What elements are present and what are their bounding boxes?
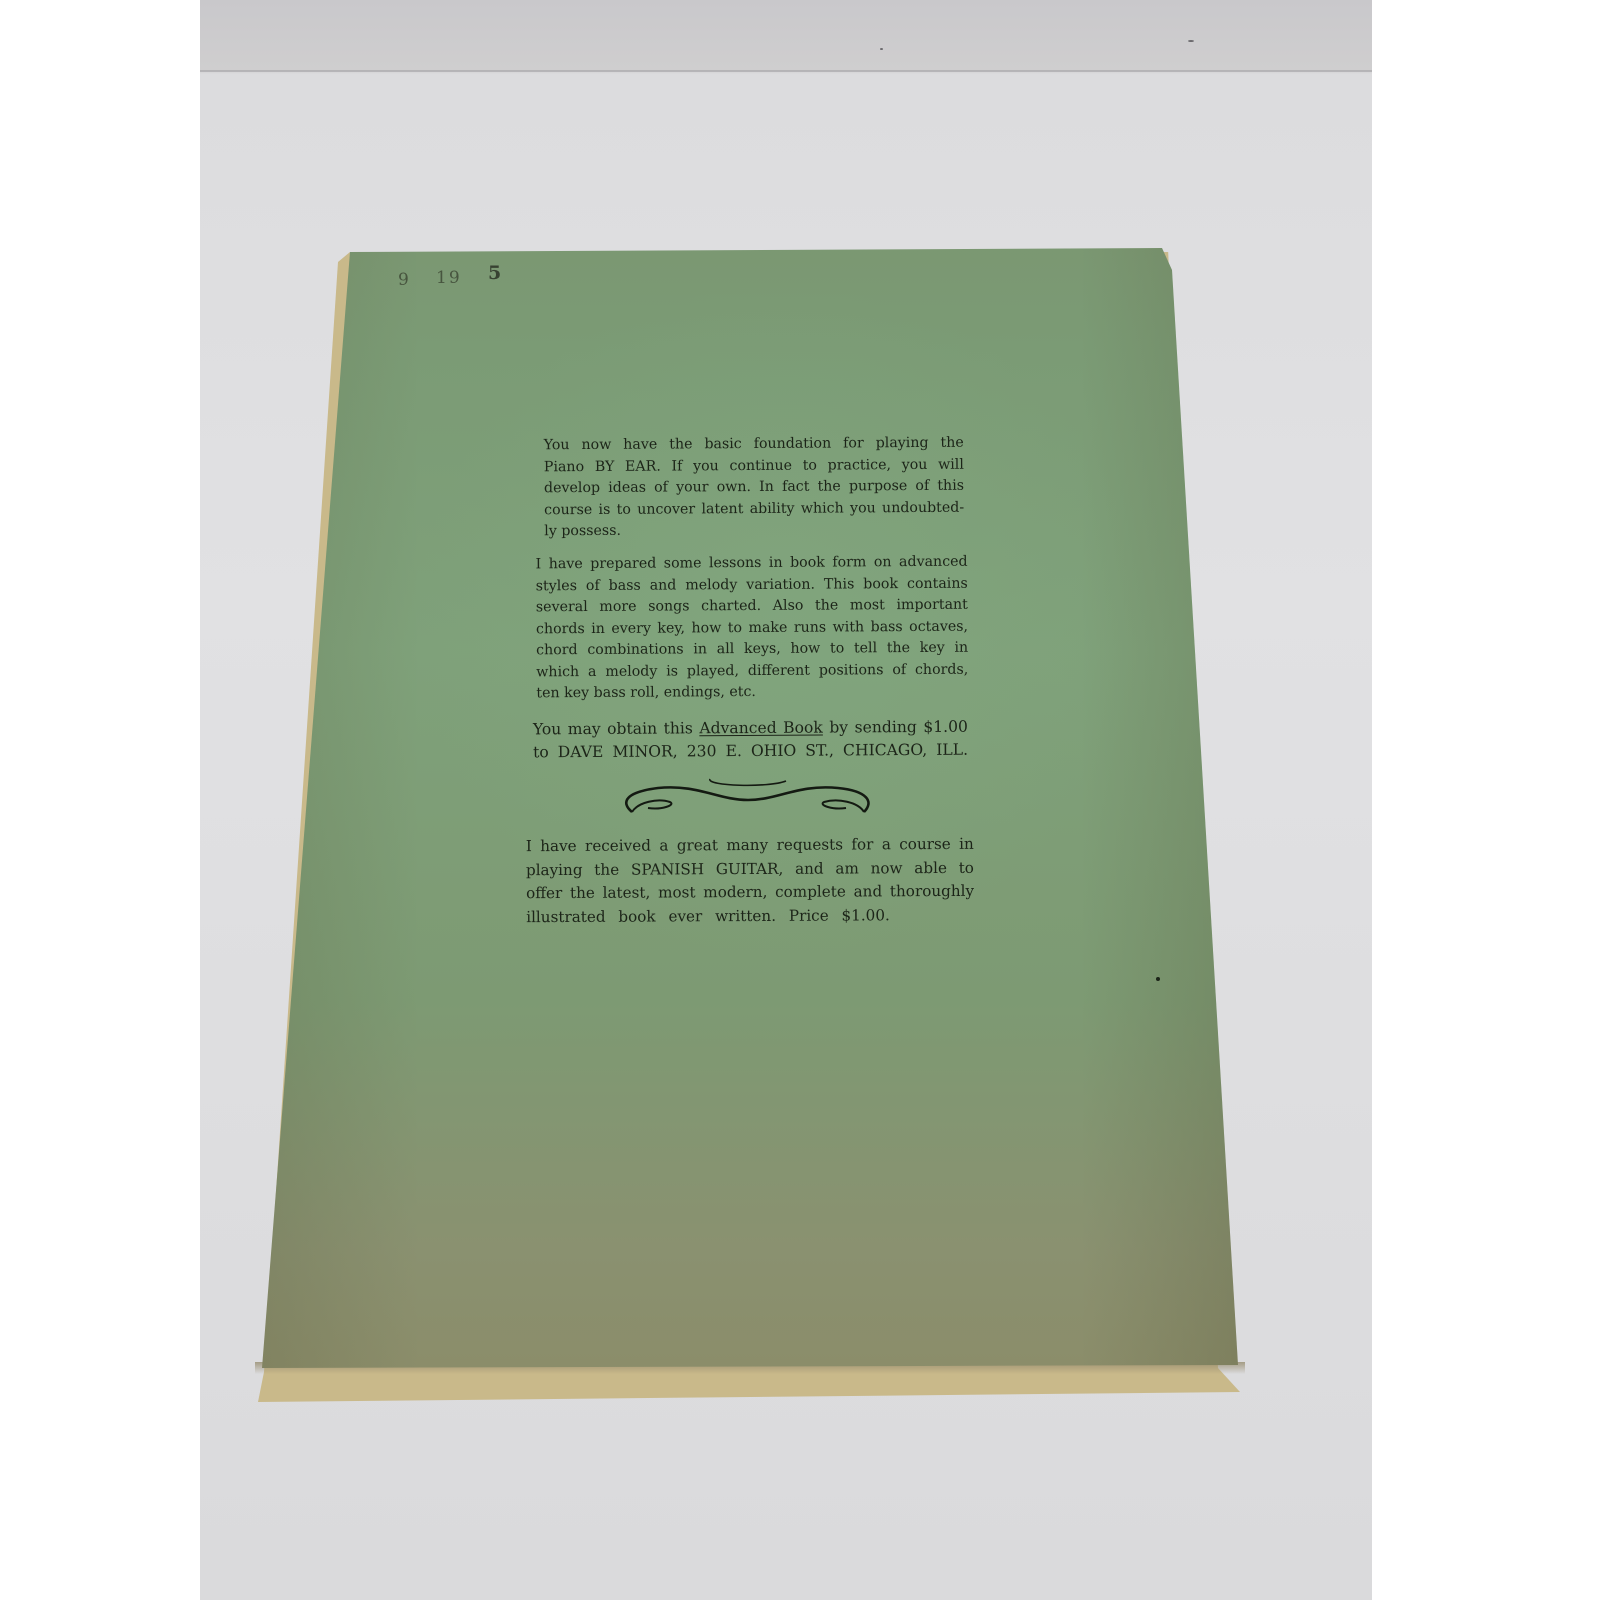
text-line: illustrated book ever written. Price $1.… [526,903,974,929]
order-text-after: by sending $1.00 [823,718,968,737]
text-line: develop ideas of your own. In fact the p… [544,476,964,500]
text-line: several more songs charted. Also the mos… [536,595,968,619]
backdrop-speck [880,48,883,50]
text-line: chord combinations in all keys, how to t… [536,638,968,662]
text-line: You may obtain this Advanced Book by sen… [533,716,968,742]
address-line: to DAVE MINOR, 230 E. OHIO ST., CHICAGO,… [533,739,968,765]
text-line: course is to uncover latent ability whic… [544,497,964,521]
backdrop-speck [1188,40,1194,42]
scroll-flourish-icon [618,772,876,820]
paragraph-intro: You now have the basic foundation for pl… [544,433,965,543]
paragraph-order-info: You may obtain this Advanced Book by sen… [533,716,968,765]
paragraph-advanced-lessons: I have prepared some lessons in book for… [536,552,969,705]
advanced-book-link: Advanced Book [699,719,823,738]
backdrop-crease [200,70,1372,72]
text-line: I have prepared some lessons in book for… [536,552,968,576]
text-line: which a melody is played, different posi… [536,659,968,683]
stamp-number: 5 [488,262,503,284]
text-line: playing the SPANISH GUITAR, and am now a… [526,856,974,882]
text-line: ly possess. [544,519,964,543]
paragraph-guitar-offer: I have received a great many requests fo… [526,833,974,929]
text-line: I have received a great many requests fo… [526,833,974,859]
text-line: ten key bass roll, endings, etc. [536,681,968,705]
text-line: offer the latest, most modern, complete … [526,880,974,906]
stamp-number: 19 [436,268,462,288]
text-line: You now have the basic foundation for pl… [544,433,964,457]
text-line: chords in every key, how to make runs wi… [536,616,968,640]
stamp-number: 9 [398,270,411,290]
text-line: styles of bass and melody variation. Thi… [536,573,968,597]
text-line: Piano BY EAR. If you continue to practic… [544,454,964,478]
order-text-before: You may obtain this [533,719,700,738]
ink-speck [1156,977,1160,981]
